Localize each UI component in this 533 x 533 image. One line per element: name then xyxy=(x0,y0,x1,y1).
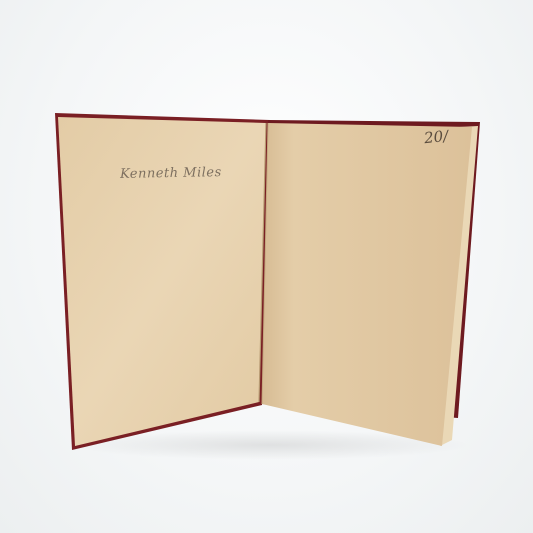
pencil-note: 20/ xyxy=(423,127,449,147)
handwritten-inscription: Kenneth Miles xyxy=(120,165,222,182)
right-endpaper xyxy=(262,123,472,446)
open-book xyxy=(0,0,533,533)
